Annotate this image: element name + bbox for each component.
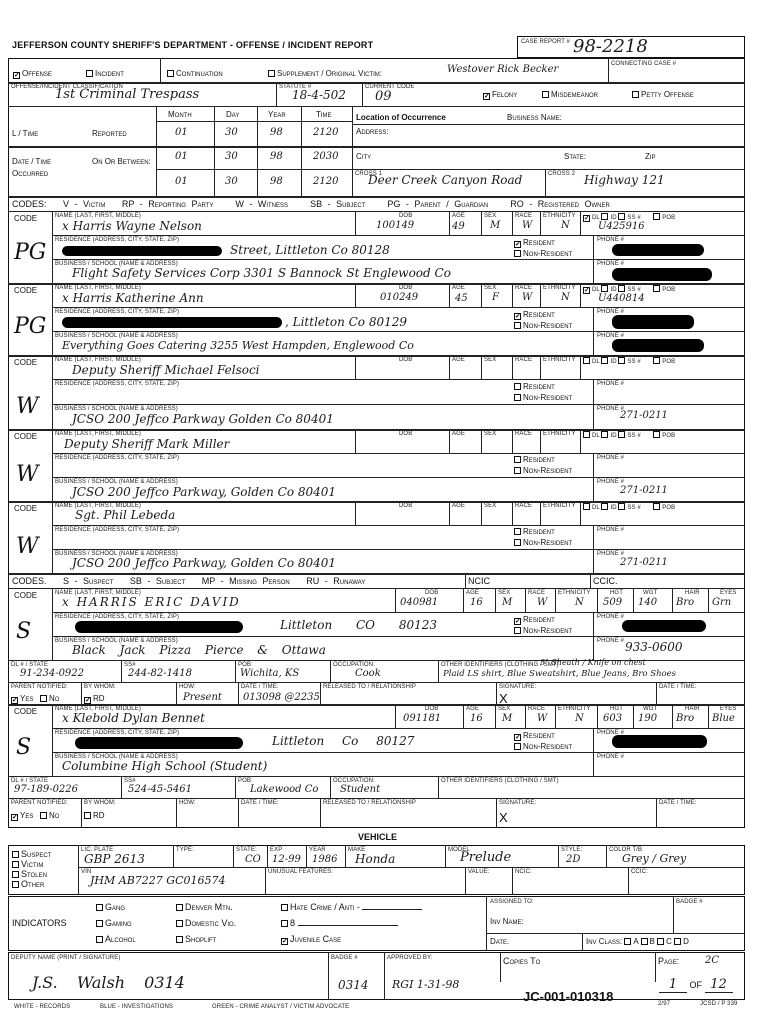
occurred-from-year[interactable]: 98 (270, 151, 283, 162)
indicators-label: INDICATORS (12, 918, 67, 928)
person-id-value[interactable]: U425916 (598, 221, 645, 232)
suspect-residence[interactable]: Littleton Co 80127 (272, 734, 414, 748)
person-dob[interactable]: 010249 (380, 292, 418, 303)
day-header: Day (226, 110, 239, 119)
person-name[interactable]: x Harris Wayne Nelson (62, 219, 202, 233)
time-header: Time (316, 110, 332, 119)
offense-checkbox[interactable] (13, 72, 20, 79)
deputy-name[interactable]: J.S. Walsh 0314 (32, 973, 185, 992)
person-business[interactable]: Everything Goes Catering 3255 West Hampd… (62, 339, 414, 352)
suspect-residence[interactable]: Littleton CO 80123 (280, 618, 437, 632)
suspect-name[interactable]: x Klebold Dylan Bennet (62, 711, 205, 725)
petty-offense-checkbox[interactable] (632, 91, 639, 98)
current-code-value[interactable]: 09 (375, 89, 392, 104)
vehicle-role-options[interactable]: Suspect Victim Stolen Other (12, 849, 51, 889)
vin-value[interactable]: JHM AB7227 GC016574 (90, 874, 225, 887)
person-code[interactable]: W (16, 394, 39, 419)
lic-plate-value[interactable]: GBP 2613 (84, 852, 145, 866)
person-business[interactable]: JCSO 200 Jeffco Parkway Golden Co 80401 (72, 412, 334, 426)
classification-value[interactable]: 1st Criminal Trespass (55, 87, 199, 102)
approved-by[interactable]: RGI 1-31-98 (392, 978, 459, 991)
cross2-label: Cross 2 (548, 171, 575, 178)
page-label: Page: (658, 956, 679, 966)
occurred-from-time[interactable]: 2030 (313, 151, 338, 162)
incident-checkbox[interactable] (86, 70, 93, 77)
page-counter: 1 OF 12 (659, 977, 733, 993)
copies-to-label: Copies To (503, 956, 540, 966)
person-name[interactable]: Deputy Sheriff Mark Miller (64, 437, 229, 451)
person-business[interactable]: Flight Safety Services Corp 3301 S Banno… (72, 266, 451, 280)
deputy-badge[interactable]: 0314 (338, 978, 369, 992)
person-phone[interactable]: 271-0211 (620, 485, 668, 496)
business-name-label: Business Name: (507, 113, 562, 122)
felony-option[interactable]: Felony (483, 90, 517, 100)
juvenile-case-option[interactable]: Juvenile Case (281, 934, 341, 945)
cross2-value[interactable]: Highway 121 (584, 173, 665, 187)
location-header: Location of Occurrence (356, 113, 446, 122)
person-phone[interactable]: 271-0211 (620, 557, 668, 568)
on-or-between-label: On Or Between: (92, 156, 152, 168)
ccic-label: CCIC. (593, 576, 618, 586)
person-ethnicity[interactable]: N (561, 220, 570, 231)
person-residence[interactable]: , Littleton Co 80129 (285, 315, 407, 329)
person-code[interactable]: W (16, 462, 39, 487)
supplement-option[interactable]: Supplement / Original Victim: (268, 69, 382, 78)
occurred-from-day[interactable]: 30 (225, 151, 238, 162)
suspect-other-identifiers[interactable]: Plaid LS shirt, Blue Sweatshirt, Blue Je… (443, 669, 676, 679)
supplement-checkbox[interactable] (268, 70, 275, 77)
month-header: Month (168, 110, 192, 119)
person-code[interactable]: W (16, 534, 39, 559)
misdemeanor-checkbox[interactable] (542, 91, 549, 98)
form-title: JEFFERSON COUNTY SHERIFF'S DEPARTMENT - … (12, 40, 373, 50)
address-label: Address: (356, 127, 389, 136)
misdemeanor-option[interactable]: Misdemeanor (542, 90, 598, 99)
person-sex[interactable]: M (490, 220, 500, 231)
reported-year[interactable]: 98 (270, 127, 283, 138)
occurred-to-day[interactable]: 30 (225, 176, 238, 187)
occurred-from-month[interactable]: 01 (175, 151, 188, 162)
statute-value[interactable]: 18-4-502 (292, 88, 346, 102)
state-label: State: (564, 152, 586, 161)
suspect-business[interactable]: Black Jack Pizza Pierce & Ottawa (72, 643, 326, 657)
suspect-code[interactable]: S (16, 619, 31, 644)
occurred-to-time[interactable]: 2120 (313, 176, 338, 187)
occurred-to-year[interactable]: 98 (270, 176, 283, 187)
city-label: City (356, 152, 371, 161)
person-id-value[interactable]: U440814 (598, 293, 645, 304)
person-name[interactable]: Deputy Sheriff Michael Felsoci (72, 363, 260, 377)
copy-blue: Blue - Investigations (100, 1004, 173, 1011)
continuation-checkbox[interactable] (167, 70, 174, 77)
person-age[interactable]: 45 (455, 293, 468, 304)
person-race[interactable]: W (522, 292, 532, 303)
incident-option[interactable]: Incident (86, 69, 124, 78)
copy-white: White - Records (14, 1004, 70, 1011)
petty-offense-option[interactable]: Petty Offense (632, 90, 694, 99)
occurred-label: Date / Time Occurred (12, 156, 72, 180)
person-name[interactable]: x Harris Katherine Ann (62, 291, 204, 305)
original-victim-value[interactable]: Westover Rick Becker (447, 64, 558, 75)
codes-legend-1: CODES: V - Victim RP - Reporting Party W… (12, 199, 610, 209)
reported-day[interactable]: 30 (225, 127, 238, 138)
reported-time-label: L / Time (12, 129, 38, 138)
codes-legend-2: CODES. S - Suspect SB - Subject MP - Mis… (12, 576, 365, 586)
inv-class[interactable]: Inv Class: A B C D (586, 937, 689, 946)
suspect-code[interactable]: S (16, 735, 31, 760)
person-sex[interactable]: F (492, 292, 499, 303)
person-code[interactable]: PG (14, 314, 46, 339)
cross1-value[interactable]: Deer Creek Canyon Road (368, 173, 522, 187)
case-report-box: Case Report # 98-2218 (517, 36, 745, 58)
reported-label: Reported (92, 129, 127, 138)
person-age[interactable]: 49 (452, 221, 465, 232)
person-code[interactable]: PG (14, 240, 46, 265)
person-race[interactable]: W (522, 220, 532, 231)
case-report-label: Case Report # (521, 39, 570, 46)
person-business[interactable]: JCSO 200 Jeffco Parkway, Golden Co 80401 (72, 485, 336, 499)
reported-month[interactable]: 01 (175, 127, 188, 138)
person-phone[interactable]: 271-0211 (620, 410, 668, 421)
case-report-value[interactable]: 98-2218 (573, 36, 648, 57)
suspect-phone[interactable]: 933-0600 (625, 640, 683, 654)
person-dob[interactable]: 100149 (376, 220, 414, 231)
ncic-label: NCIC (468, 576, 490, 586)
suspect-business[interactable]: Columbine High School (Student) (62, 759, 267, 773)
reported-time[interactable]: 2120 (313, 127, 338, 138)
continuation-option[interactable]: Continuation (167, 69, 223, 78)
vehicle-title: VEHICLE (358, 832, 397, 842)
year-header: Year (268, 110, 286, 119)
person-residence[interactable]: Street, Littleton Co 80128 (230, 243, 390, 257)
connecting-case-label: Connecting Case # (611, 61, 676, 68)
offense-option[interactable]: Offense (13, 69, 52, 79)
suspect-name[interactable]: x HARRIS ERIC DAVID (62, 595, 241, 609)
document-id: JC-001-010318 (523, 989, 613, 1004)
person-business[interactable]: JCSO 200 Jeffco Parkway, Golden Co 80401 (72, 556, 336, 570)
felony-checkbox[interactable] (483, 93, 490, 100)
person-name[interactable]: Sgt. Phil Lebeda (75, 508, 175, 522)
person-ethnicity[interactable]: N (561, 292, 570, 303)
occurred-to-month[interactable]: 01 (175, 176, 188, 187)
copy-green: Green - Crime Analyst / Victim Advocate (212, 1004, 349, 1011)
zip-label: Zip (645, 152, 656, 161)
